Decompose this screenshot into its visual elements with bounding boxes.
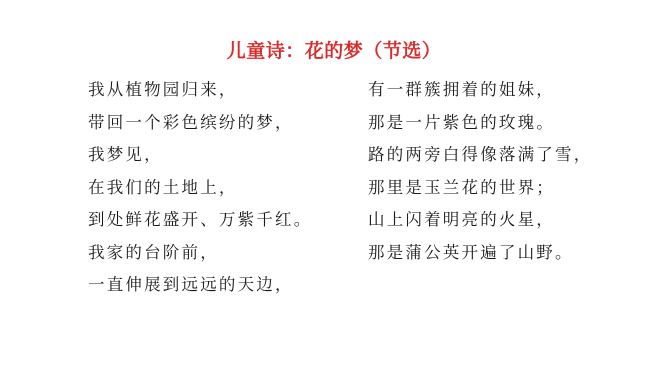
poem-line: 到处鲜花盛开、万紫千红。: [88, 207, 312, 240]
poem-title: 儿童诗：花的梦（节选）: [0, 36, 668, 63]
poem-left-column: 我从植物园归来， 带回一个彩色缤纷的梦， 我梦见， 在我们的土地上， 到处鲜花盛…: [88, 77, 312, 305]
poem-line: 那里是玉兰花的世界；: [368, 175, 592, 208]
poem-line: 我梦见，: [88, 142, 312, 175]
poem-line: 一直伸展到远远的天边，: [88, 272, 312, 305]
poem-line: 在我们的土地上，: [88, 175, 312, 208]
poem-line: 带回一个彩色缤纷的梦，: [88, 110, 312, 143]
poem-line: 山上闪着明亮的火星，: [368, 207, 592, 240]
poem-line: 我家的台阶前，: [88, 240, 312, 273]
poem-line: 我从植物园归来，: [88, 77, 312, 110]
slide: 儿童诗：花的梦（节选） 我从植物园归来， 带回一个彩色缤纷的梦， 我梦见， 在我…: [0, 0, 668, 376]
poem-line: 路的两旁白得像落满了雪，: [368, 142, 592, 175]
poem-line: 那是一片紫色的玫瑰。: [368, 110, 592, 143]
poem-line: 有一群簇拥着的姐妹，: [368, 77, 592, 110]
poem-line: 那是蒲公英开遍了山野。: [368, 240, 592, 273]
poem-right-column: 有一群簇拥着的姐妹， 那是一片紫色的玫瑰。 路的两旁白得像落满了雪， 那里是玉兰…: [368, 77, 592, 272]
